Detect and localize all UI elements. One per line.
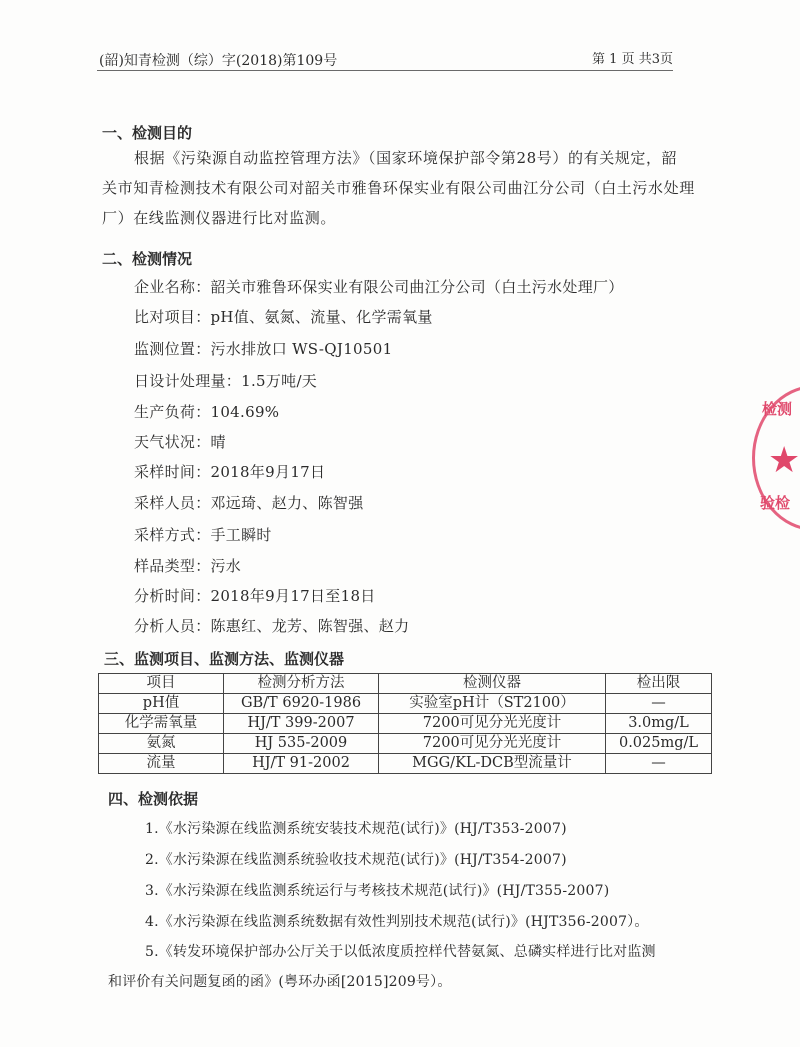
info-load: 生产负荷：104.69% <box>134 401 279 422</box>
seal-star-icon: ★ <box>768 440 800 481</box>
table-cell: — <box>606 694 712 714</box>
reference-item: 2.《水污染源在线监测系统验收技术规范(试行)》(HJ/T354-2007) <box>145 849 567 869</box>
table-cell: 3.0mg/L <box>606 714 712 734</box>
table-cell: 流量 <box>99 754 224 774</box>
section-title-purpose: 一、检测目的 <box>102 122 192 143</box>
info-sample-time: 采样时间：2018年9月17日 <box>134 461 325 482</box>
table-row: 流量 HJ/T 91-2002 MGG/KL-DCB型流量计 — <box>99 754 712 774</box>
page-info: 第 1 页 共3页 <box>592 48 673 67</box>
table-cell: pH值 <box>99 694 224 714</box>
section-title-basis: 四、检测依据 <box>108 788 198 809</box>
reference-item-continued: 和评价有关问题复函的函》(粤环办函[2015]209号）。 <box>108 971 452 991</box>
table-cell: MGG/KL-DCB型流量计 <box>379 754 606 774</box>
table-header-cell: 项目 <box>99 674 224 694</box>
table-row: 化学需氧量 HJ/T 399-2007 7200可见分光光度计 3.0mg/L <box>99 714 712 734</box>
doc-number: (韶)知青检测（综）字(2018)第109号 <box>99 50 337 70</box>
info-compare-items: 比对项目：pH值、氨氮、流量、化学需氧量 <box>134 306 433 327</box>
methods-table: 项目 检测分析方法 检测仪器 检出限 pH值 GB/T 6920-1986 实验… <box>98 673 712 774</box>
table-cell: 化学需氧量 <box>99 714 224 734</box>
table-cell: 0.025mg/L <box>606 734 712 754</box>
info-capacity: 日设计处理量：1.5万吨/天 <box>134 370 317 391</box>
table-cell: HJ/T 91-2002 <box>224 754 379 774</box>
info-sample-type: 样品类型：污水 <box>134 555 241 576</box>
info-analysis-time: 分析时间：2018年9月17日至18日 <box>134 585 376 606</box>
reference-item: 1.《水污染源在线监测系统安装技术规范(试行)》(HJ/T353-2007) <box>145 818 567 838</box>
table-cell: GB/T 6920-1986 <box>224 694 379 714</box>
seal-text-top: 检测 <box>762 398 792 419</box>
info-sample-method: 采样方式：手工瞬时 <box>134 524 272 545</box>
info-location: 监测位置：污水排放口 WS-QJ10501 <box>134 338 392 359</box>
section-title-situation: 二、检测情况 <box>102 248 192 269</box>
table-cell: 实验室pH计（ST2100） <box>379 694 606 714</box>
table-cell: 7200可见分光光度计 <box>379 734 606 754</box>
table-header-cell: 检测分析方法 <box>224 674 379 694</box>
table-header-cell: 检测仪器 <box>379 674 606 694</box>
table-header-cell: 检出限 <box>606 674 712 694</box>
info-weather: 天气状况：晴 <box>134 431 226 452</box>
reference-item: 5.《转发环境保护部办公厅关于以低浓度质控样代替氨氮、总磷实样进行比对监测 <box>145 941 656 961</box>
reference-item: 4.《水污染源在线监测系统数据有效性判别技术规范(试行)》(HJT356-200… <box>145 911 649 931</box>
table-row: 氨氮 HJ 535-2009 7200可见分光光度计 0.025mg/L <box>99 734 712 754</box>
seal-text-bottom: 验检 <box>760 492 790 513</box>
page-header: (韶)知青检测（综）字(2018)第109号 第 1 页 共3页 <box>97 48 673 71</box>
table-row: pH值 GB/T 6920-1986 实验室pH计（ST2100） — <box>99 694 712 714</box>
table-cell: 7200可见分光光度计 <box>379 714 606 734</box>
purpose-line-1: 根据《污染源自动监控管理方法》（国家环境保护部令第28号）的有关规定，韶 <box>134 143 677 173</box>
table-header-row: 项目 检测分析方法 检测仪器 检出限 <box>99 674 712 694</box>
table-cell: — <box>606 754 712 774</box>
reference-item: 3.《水污染源在线监测系统运行与考核技术规范(试行)》(HJ/T355-2007… <box>145 880 609 900</box>
table-cell: HJ 535-2009 <box>224 734 379 754</box>
info-samplers: 采样人员：邓远琦、赵力、陈智强 <box>134 492 364 513</box>
info-company: 企业名称：韶关市雅鲁环保实业有限公司曲江分公司（白土污水处理厂） <box>134 276 624 297</box>
info-analysts: 分析人员：陈惠红、龙芳、陈智强、赵力 <box>134 615 409 636</box>
table-cell: 氨氮 <box>99 734 224 754</box>
section-title-methods: 三、监测项目、监测方法、监测仪器 <box>104 648 344 669</box>
table-cell: HJ/T 399-2007 <box>224 714 379 734</box>
purpose-line-2: 关市知青检测技术有限公司对韶关市雅鲁环保实业有限公司曲江分公司（白土污水处理 <box>102 173 695 203</box>
purpose-line-3: 厂）在线监测仪器进行比对监测。 <box>102 203 336 233</box>
